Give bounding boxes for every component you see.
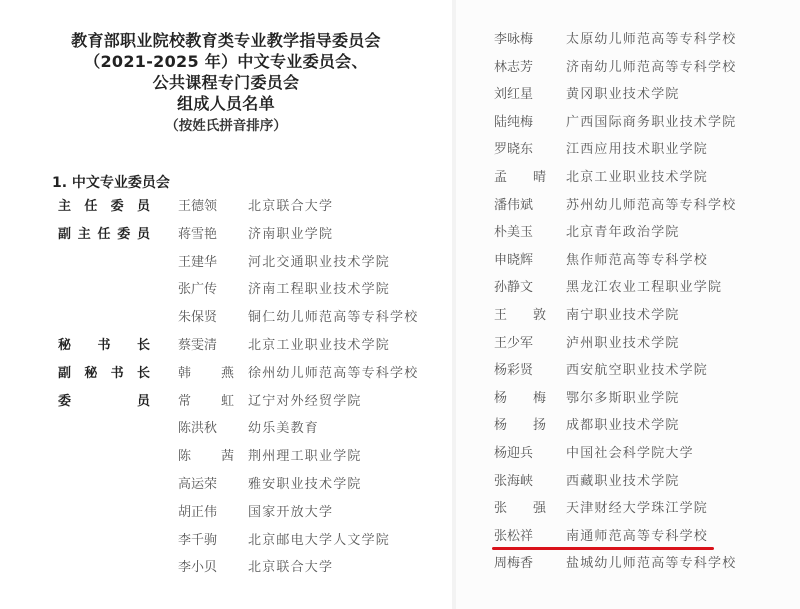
member-name: 杨彩贤 xyxy=(494,360,546,382)
member-name: 周梅香 xyxy=(494,553,546,575)
member-organization: 中国社会科学院大学 xyxy=(566,443,694,465)
member-row: 刘红星黄冈职业技术学院 xyxy=(0,84,800,106)
member-row: 申晓辉焦作师范高等专科学校 xyxy=(0,250,800,272)
highlight-underline xyxy=(492,547,714,550)
member-organization: 焦作师范高等专科学校 xyxy=(566,250,708,272)
member-name: 杨扬 xyxy=(494,415,546,437)
member-organization: 太原幼儿师范高等专科学校 xyxy=(566,29,736,51)
member-organization: 苏州幼儿师范高等专科学校 xyxy=(566,195,736,217)
member-name: 申晓辉 xyxy=(494,250,546,272)
member-row: 罗晓东江西应用技术职业学院 xyxy=(0,139,800,161)
member-row: 林志芳济南幼儿师范高等专科学校 xyxy=(0,57,800,79)
member-row: 张海峡西藏职业技术学院 xyxy=(0,471,800,493)
member-organization: 江西应用技术职业学院 xyxy=(566,139,708,161)
member-name: 孟晴 xyxy=(494,167,546,189)
member-name: 孙静文 xyxy=(494,277,546,299)
member-row: 杨梅鄂尔多斯职业学院 xyxy=(0,388,800,410)
member-row: 朴美玉北京青年政治学院 xyxy=(0,222,800,244)
member-row: 孟晴北京工业职业技术学院 xyxy=(0,167,800,189)
member-row: 孙静文黑龙江农业工程职业学院 xyxy=(0,277,800,299)
member-organization: 济南幼儿师范高等专科学校 xyxy=(566,57,736,79)
member-organization: 成都职业技术学院 xyxy=(566,415,680,437)
member-row: 周梅香盐城幼儿师范高等专科学校 xyxy=(0,553,800,575)
member-organization: 泸州职业技术学院 xyxy=(566,333,680,355)
member-organization: 鄂尔多斯职业学院 xyxy=(566,388,680,410)
member-organization: 西藏职业技术学院 xyxy=(566,471,680,493)
member-row: 李咏梅太原幼儿师范高等专科学校 xyxy=(0,29,800,51)
member-organization: 盐城幼儿师范高等专科学校 xyxy=(566,553,736,575)
member-organization: 北京青年政治学院 xyxy=(566,222,680,244)
member-organization: 北京工业职业技术学院 xyxy=(566,167,708,189)
member-organization: 天津财经大学珠江学院 xyxy=(566,498,708,520)
member-organization: 黑龙江农业工程职业学院 xyxy=(566,277,722,299)
member-row-highlighted: 张松祥南通师范高等专科学校 xyxy=(0,526,800,548)
member-organization: 南通师范高等专科学校 xyxy=(566,526,708,548)
member-organization: 广西国际商务职业技术学院 xyxy=(566,112,736,134)
member-name: 杨梅 xyxy=(494,388,546,410)
member-name: 张强 xyxy=(494,498,546,520)
member-name: 张海峡 xyxy=(494,471,546,493)
member-row: 张强天津财经大学珠江学院 xyxy=(0,498,800,520)
member-row: 王少军泸州职业技术学院 xyxy=(0,333,800,355)
member-row: 杨迎兵中国社会科学院大学 xyxy=(0,443,800,465)
member-name: 陆纯梅 xyxy=(494,112,546,134)
member-organization: 黄冈职业技术学院 xyxy=(566,84,680,106)
member-row: 陆纯梅广西国际商务职业技术学院 xyxy=(0,112,800,134)
member-name: 张松祥 xyxy=(494,526,546,548)
member-organization: 西安航空职业技术学院 xyxy=(566,360,708,382)
member-name: 王少军 xyxy=(494,333,546,355)
member-row: 潘伟斌苏州幼儿师范高等专科学校 xyxy=(0,195,800,217)
member-row: 杨彩贤西安航空职业技术学院 xyxy=(0,360,800,382)
member-name: 潘伟斌 xyxy=(494,195,546,217)
member-name: 朴美玉 xyxy=(494,222,546,244)
member-name: 罗晓东 xyxy=(494,139,546,161)
member-name: 杨迎兵 xyxy=(494,443,546,465)
member-name: 王敦 xyxy=(494,305,546,327)
member-name: 林志芳 xyxy=(494,57,546,79)
member-row: 杨扬成都职业技术学院 xyxy=(0,415,800,437)
member-name: 李咏梅 xyxy=(494,29,546,51)
member-row: 王敦南宁职业技术学院 xyxy=(0,305,800,327)
member-name: 刘红星 xyxy=(494,84,546,106)
member-organization: 南宁职业技术学院 xyxy=(566,305,680,327)
